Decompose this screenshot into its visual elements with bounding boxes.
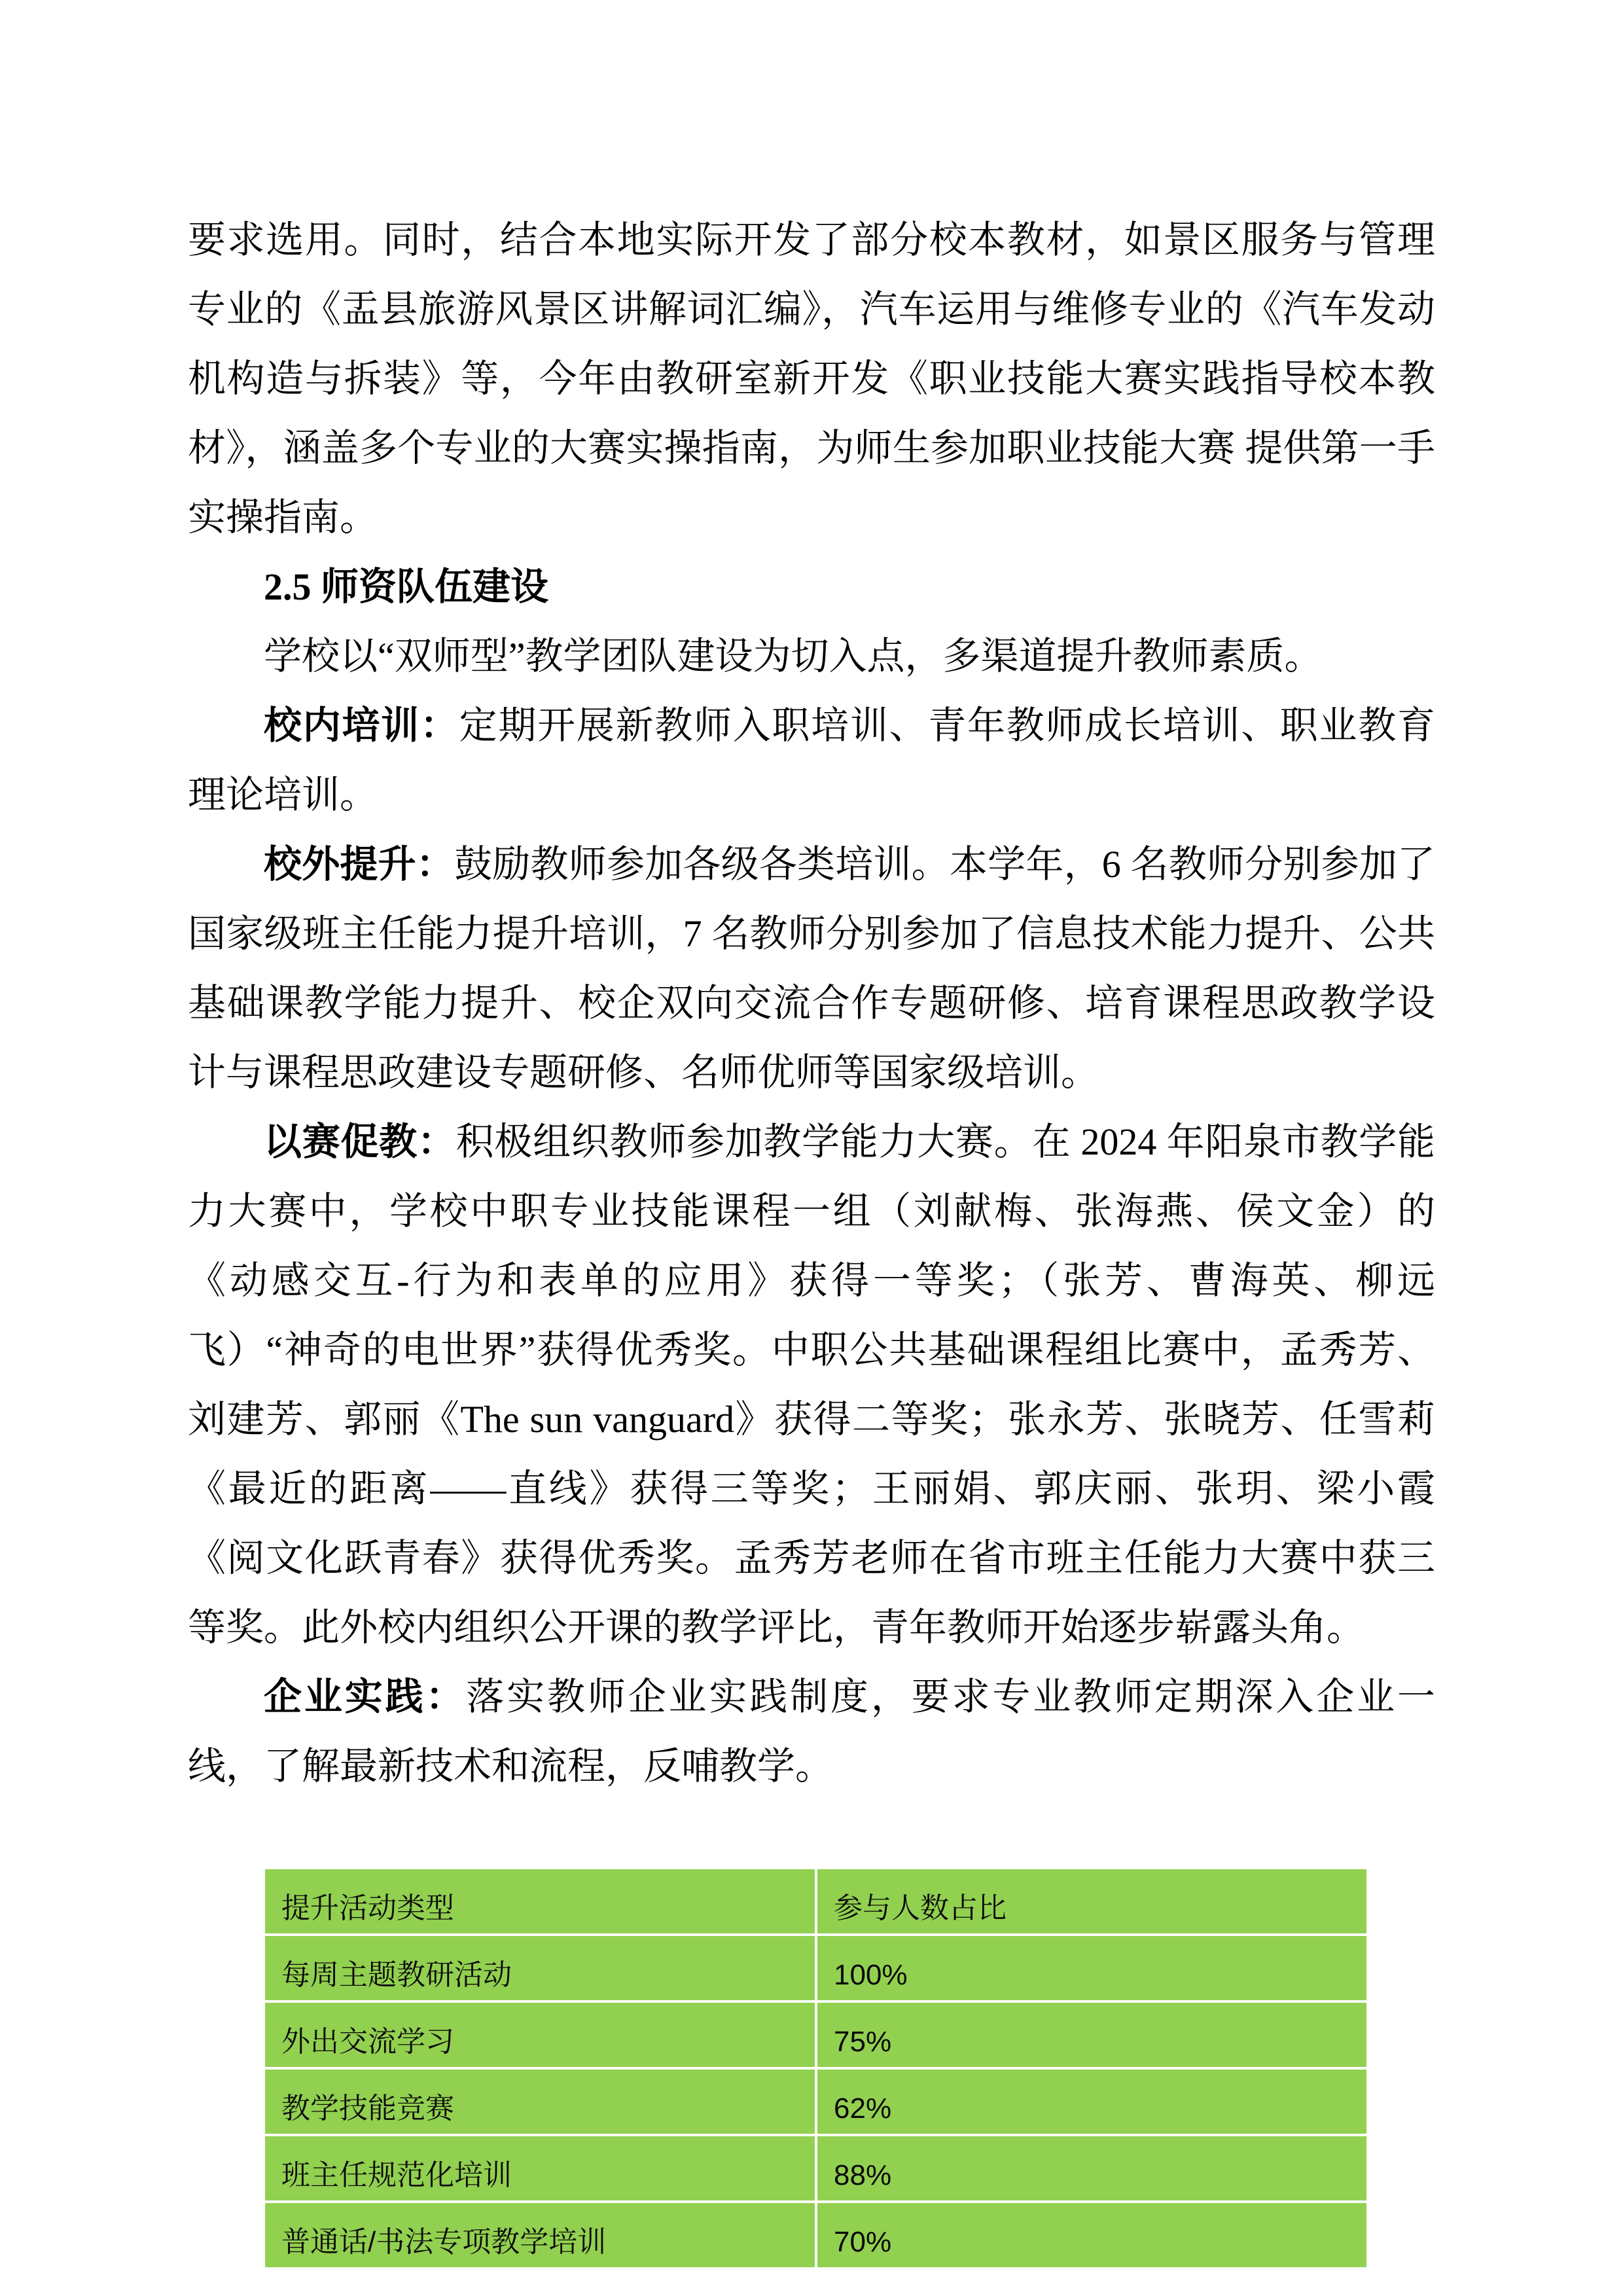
paragraph-label: 以赛促教： (264, 1121, 456, 1163)
table-cell-activity-type: 外出交流学习 (265, 2001, 816, 2068)
table-cell-activity-type: 每周主题教研活动 (265, 1935, 816, 2001)
table-row: 普通话/书法专项教学培训 70% (265, 2202, 1366, 2267)
table-header-row: 提升活动类型 参与人数占比 (265, 1869, 1366, 1935)
table-row: 每周主题教研活动 100% (265, 1935, 1366, 2001)
table-cell-participation-ratio: 62% (816, 2068, 1366, 2135)
paragraph-label: 校外提升： (264, 843, 454, 886)
table-row: 外出交流学习 75% (265, 2001, 1366, 2068)
table-cell-activity-type: 班主任规范化培训 (265, 2135, 816, 2202)
table-cell-participation-ratio: 75% (816, 2001, 1366, 2068)
table-cell-participation-ratio: 70% (816, 2202, 1366, 2267)
paragraph-overview: 学校以“双师型”教学团队建设为切入点，多渠道提升教师素质。 (188, 622, 1435, 691)
table-cell-activity-type: 普通话/书法专项教学培训 (265, 2202, 816, 2267)
section-heading: 2.5 师资队伍建设 (188, 552, 1435, 622)
paragraph-label: 企业实践： (264, 1676, 466, 1718)
table-row: 班主任规范化培训 88% (265, 2135, 1366, 2202)
table-cell-activity-type: 教学技能竞赛 (265, 2068, 816, 2135)
document-body: 要求选用。同时，结合本地实际开发了部分校本教材，如景区服务与管理专业的《盂县旅游… (188, 206, 1435, 1801)
table-cell-participation-ratio: 88% (816, 2135, 1366, 2202)
table-cell-participation-ratio: 100% (816, 1935, 1366, 2001)
table-header-activity-type: 提升活动类型 (265, 1869, 816, 1935)
table-row: 教学技能竞赛 62% (265, 2068, 1366, 2135)
paragraph-text: 积极组织教师参加教学能力大赛。在 2024 年阳泉市教学能力大赛中，学校中职专业… (188, 1121, 1435, 1649)
training-participation-table: 提升活动类型 参与人数占比 每周主题教研活动 100% 外出交流学习 75% 教… (265, 1869, 1366, 2267)
paragraph-label: 校内培训： (264, 704, 459, 747)
paragraph-competition: 以赛促教：积极组织教师参加教学能力大赛。在 2024 年阳泉市教学能力大赛中，学… (188, 1107, 1435, 1662)
paragraph-external-training: 校外提升：鼓励教师参加各级各类培训。本学年，6 名教师分别参加了国家级班主任能力… (188, 830, 1435, 1107)
paragraph-intro: 要求选用。同时，结合本地实际开发了部分校本教材，如景区服务与管理专业的《盂县旅游… (188, 206, 1435, 552)
document-page: 要求选用。同时，结合本地实际开发了部分校本教材，如景区服务与管理专业的《盂县旅游… (0, 0, 1623, 2296)
table-header-participation-ratio: 参与人数占比 (816, 1869, 1366, 1935)
paragraph-internal-training: 校内培训：定期开展新教师入职培训、青年教师成长培训、职业教育理论培训。 (188, 691, 1435, 830)
paragraph-enterprise-practice: 企业实践：落实教师企业实践制度，要求专业教师定期深入企业一线，了解最新技术和流程… (188, 1662, 1435, 1801)
